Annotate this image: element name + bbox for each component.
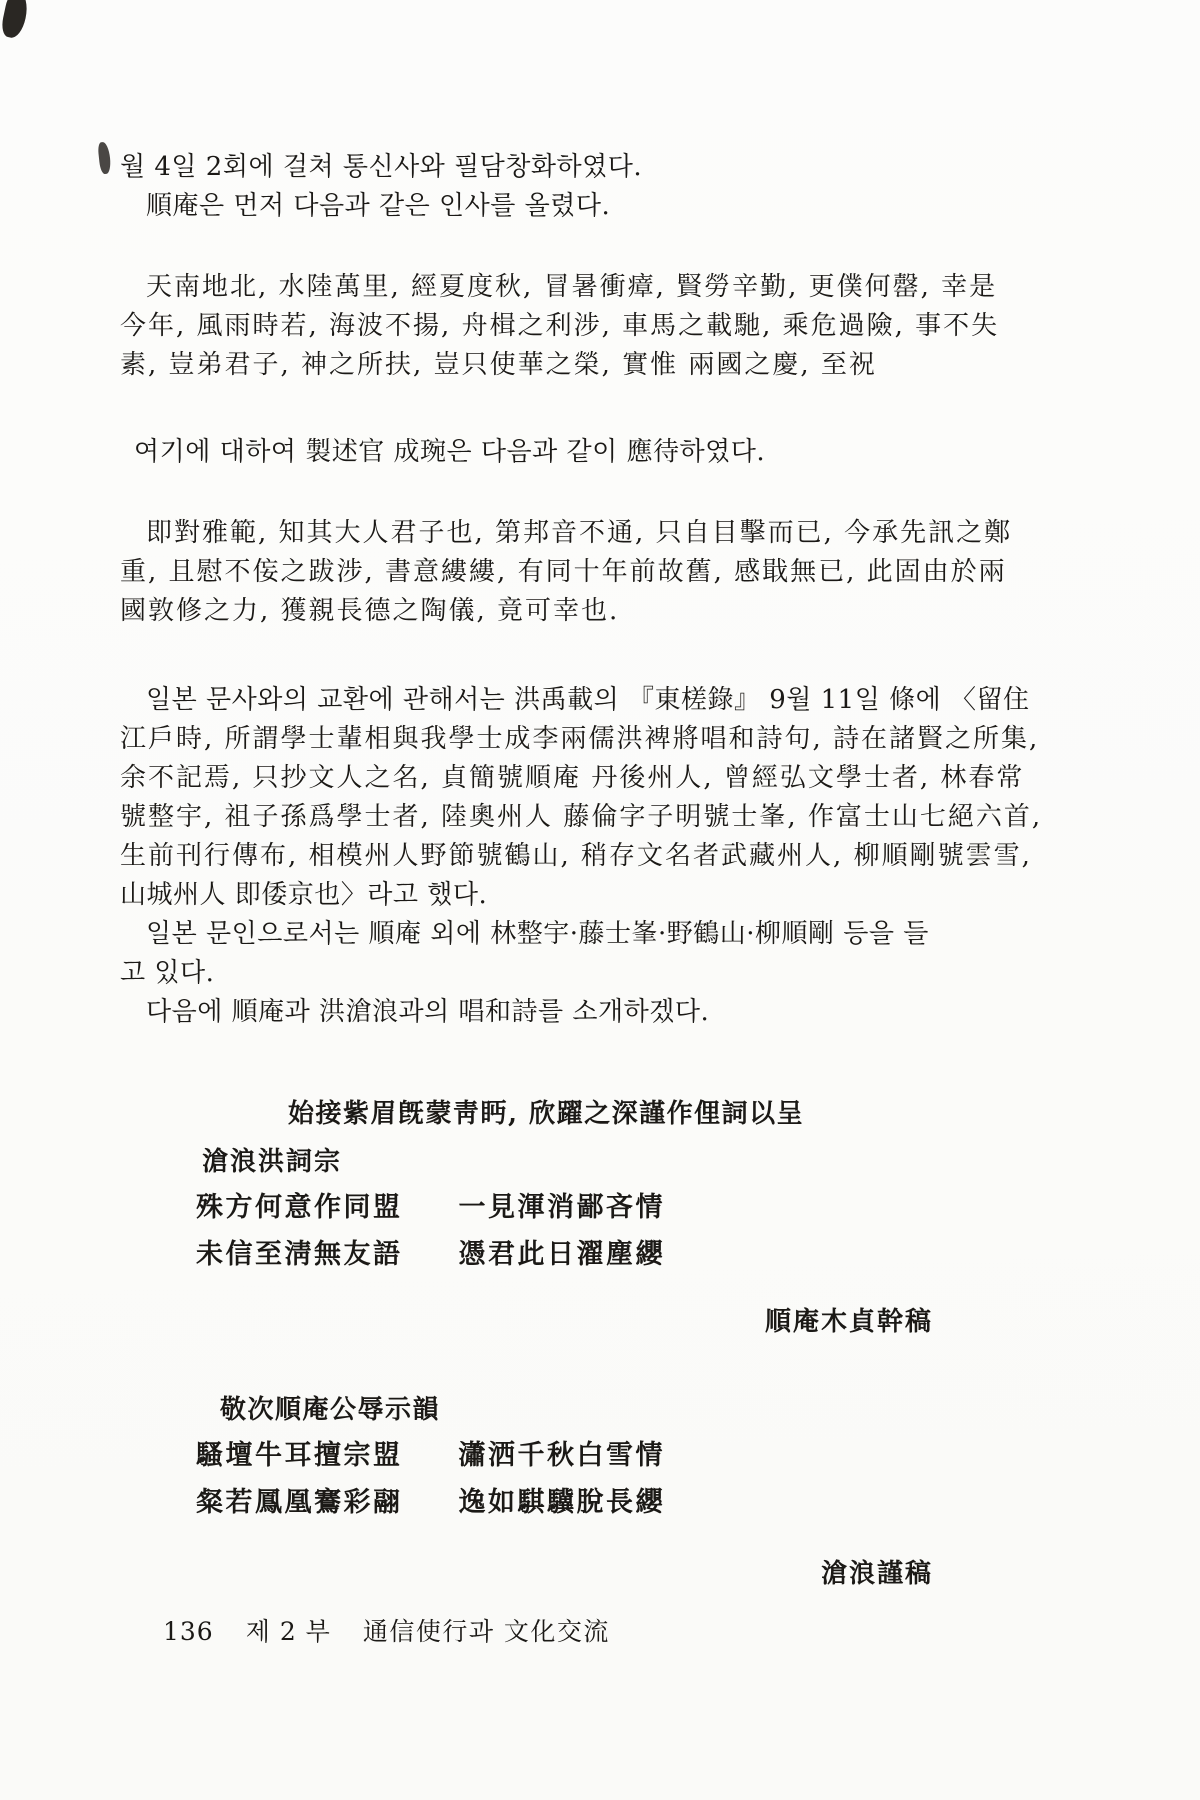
- ink-smudge-top-left: [0, 0, 31, 40]
- poem-1: 始接紫眉旣蒙靑眄, 欣躍之深謹作俚詞以呈 滄浪洪詞宗 殊方何意作同盟 一見渾消鄙…: [120, 1094, 1088, 1342]
- poem-intro-line: 다음에 順庵과 洪滄浪과의 唱和詩를 소개하겠다.: [120, 993, 1088, 1032]
- poem-hemistich: 一見渾消鄙吝情: [459, 1186, 666, 1229]
- book-page: 월 4일 2회에 걸쳐 통신사와 필담창화하였다. 順庵은 먼저 다음과 같은 …: [0, 0, 1200, 1800]
- page-body: 월 4일 2회에 걸쳐 통신사와 필담창화하였다. 順庵은 먼저 다음과 같은 …: [120, 148, 1088, 1594]
- reply-intro-line: 여기에 대하여 製述官 成琬은 다음과 같이 應待하였다.: [120, 433, 1088, 472]
- chapter-title: 通信使行과 文化交流: [363, 1612, 610, 1648]
- paragraph-line: 江戶時, 所謂學士輩相與我學士成李兩儒洪裨將唱和詩句, 詩在諸賢之所集,: [120, 720, 1088, 759]
- poem-2: 敬次順庵公辱示韻 騷壇牛耳擅宗盟 瀟洒千秋白雪情 粲若鳳凰鶱彩翮 逸如騏驥脫長纓…: [120, 1390, 1088, 1594]
- part-label: 제 2 부: [246, 1612, 331, 1648]
- quote-line: 天南地北, 水陸萬里, 經夏度秋, 冒暑衝瘴, 賢勞辛勤, 更僕何罄, 幸是: [120, 268, 1088, 307]
- poem-hemistich: 騷壇牛耳擅宗盟: [196, 1434, 403, 1477]
- poem-hemistich: 殊方何意作同盟: [196, 1186, 403, 1229]
- dongsarok-paragraph: 일본 문사와의 교환에 관해서는 洪禹載의 『東槎錄』 9월 11일 條에 〈留…: [120, 681, 1088, 915]
- poem-signature: 順庵木貞幹稿: [120, 1302, 933, 1342]
- poem-couplet: 未信至淸無友語 憑君此日濯塵纓: [196, 1233, 1088, 1276]
- poem-couplet: 粲若鳳凰鶱彩翮 逸如騏驥脫長纓: [196, 1481, 1088, 1524]
- chinese-reply-quote: 即對雅範, 知其大人君子也, 第邦音不通, 只自目擊而已, 今承先訊之鄭 重, …: [120, 514, 1088, 631]
- poem-title: 敬次順庵公辱示韻: [220, 1390, 1088, 1430]
- poem-hemistich: 未信至淸無友語: [196, 1233, 403, 1276]
- poem-hemistich: 粲若鳳凰鶱彩翮: [196, 1481, 403, 1524]
- quote-line: 即對雅範, 知其大人君子也, 第邦音不通, 只自目擊而已, 今承先訊之鄭: [120, 514, 1088, 553]
- page-footer: 136 제 2 부 通信使行과 文化交流: [163, 1612, 610, 1648]
- poem-signature: 滄浪謹稿: [120, 1554, 933, 1594]
- intro-line: 順庵은 먼저 다음과 같은 인사를 올렸다.: [120, 187, 1088, 226]
- paragraph-line: 余不記焉, 只抄文人之名, 貞簡號順庵 丹後州人, 曾經弘文學士者, 林春常: [120, 759, 1088, 798]
- paragraph-line: 生前刊行傳布, 相模州人野節號鶴山, 稍存文名者武藏州人, 柳順剛號雲雪,: [120, 837, 1088, 876]
- literati-line: 일본 문인으로서는 順庵 외에 林整宇·藤士峯·野鶴山·柳順剛 등을 들: [120, 915, 1088, 954]
- quote-line: 今年, 風雨時若, 海波不揚, 舟楫之利涉, 車馬之載馳, 乘危過險, 事不失: [120, 307, 1088, 346]
- poem-dedication: 滄浪洪詞宗: [202, 1142, 1088, 1182]
- poem-couplet: 殊方何意作同盟 一見渾消鄙吝情: [196, 1186, 1088, 1229]
- poem-hemistich: 瀟洒千秋白雪情: [459, 1434, 666, 1477]
- chinese-greeting-quote: 天南地北, 水陸萬里, 經夏度秋, 冒暑衝瘴, 賢勞辛勤, 更僕何罄, 幸是 今…: [120, 268, 1088, 385]
- poem-hemistich: 憑君此日濯塵纓: [459, 1233, 666, 1276]
- intro-line: 월 4일 2회에 걸쳐 통신사와 필담창화하였다.: [120, 148, 1088, 187]
- paragraph-line: 일본 문사와의 교환에 관해서는 洪禹載의 『東槎錄』 9월 11일 條에 〈留…: [120, 681, 1088, 720]
- quote-line: 素, 豈弟君子, 神之所扶, 豈只使華之榮, 實惟 兩國之慶, 至祝: [120, 346, 1088, 385]
- ink-smudge-margin: [97, 142, 111, 175]
- poem-title: 始接紫眉旣蒙靑眄, 欣躍之深謹作俚詞以呈: [288, 1094, 1088, 1134]
- quote-line: 重, 且慰不侫之跋涉, 書意縷縷, 有同十年前故舊, 感戢無已, 此固由於兩: [120, 553, 1088, 592]
- literati-line: 고 있다.: [120, 954, 1088, 993]
- page-number: 136: [163, 1617, 214, 1646]
- poem-couplet: 騷壇牛耳擅宗盟 瀟洒千秋白雪情: [196, 1434, 1088, 1477]
- poem-hemistich: 逸如騏驥脫長纓: [459, 1481, 666, 1524]
- paragraph-line: 號整宇, 祖子孫爲學士者, 陸奧州人 藤倫字子明號士峯, 作富士山七絕六首,: [120, 798, 1088, 837]
- quote-line: 國敦修之力, 獲親長德之陶儀, 竟可幸也.: [120, 592, 1088, 631]
- paragraph-line: 山城州人 即倭京也〉라고 했다.: [120, 876, 1088, 915]
